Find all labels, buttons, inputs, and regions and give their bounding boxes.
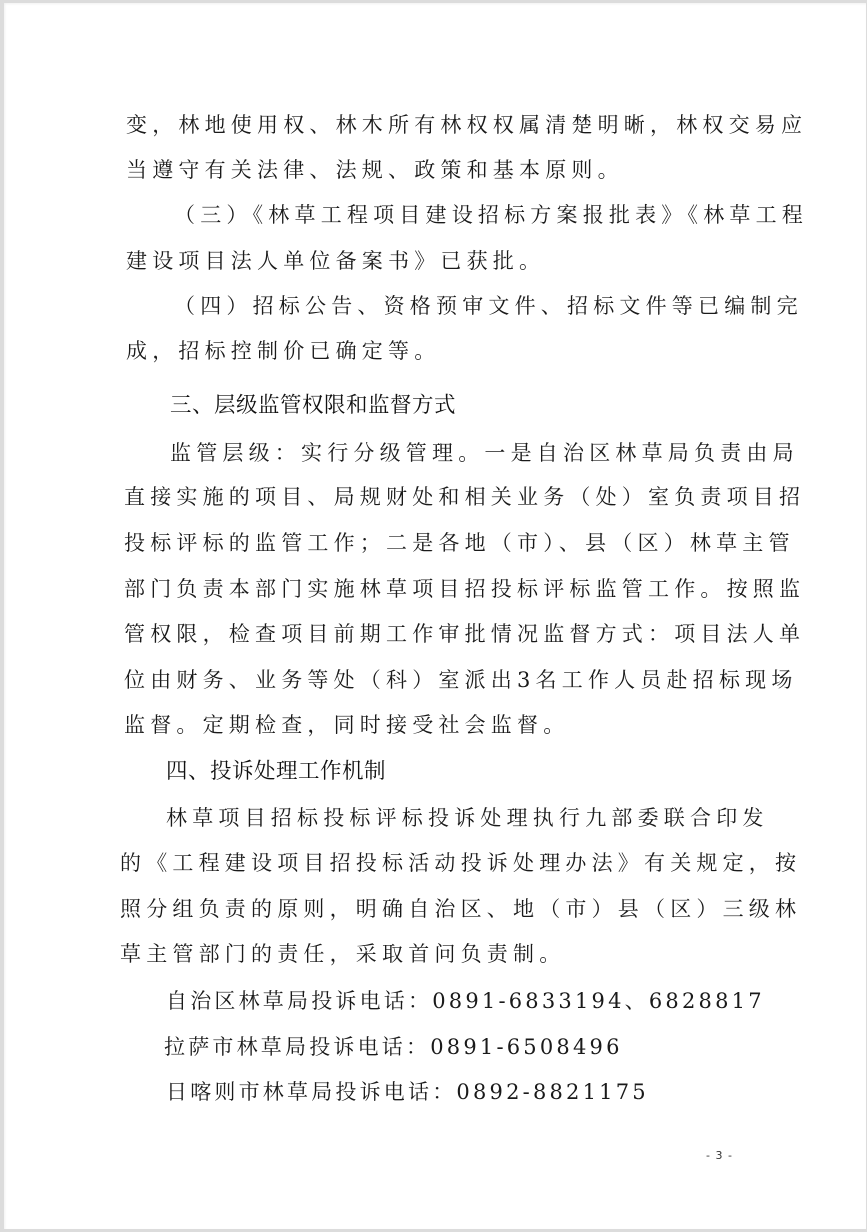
paragraph-line: 直接实施的项目、局规财处和相关业务（处）室负责项目招: [124, 483, 805, 511]
paragraph-line: 监督。定期检查，同时接受社会监督。: [124, 711, 569, 739]
paragraph-line: （四）招标公告、资格预审文件、招标文件等已编制完: [174, 292, 803, 320]
paragraph-line: 投标评标的监管工作；二是各地（市）、县（区）林草主管: [124, 529, 795, 557]
paragraph-line: 当遵守有关法律、法规、政策和基本原则。: [126, 156, 624, 184]
page-number: - 3 -: [706, 1149, 733, 1162]
section-heading: 四、投诉处理工作机制: [166, 758, 386, 786]
paragraph-line: （三）《林草工程项目建设招标方案报批表》《林草工程: [174, 201, 808, 229]
paragraph-line: 照分组负责的原则，明确自治区、地（市）县（区）三级林: [120, 895, 801, 923]
section-heading: 三、层级监管权限和监督方式: [170, 392, 456, 420]
paragraph-line: 部门负责本部门实施林草项目招投标评标监管工作。按照监: [124, 575, 805, 603]
complaint-hotline: 自治区林草局投诉电话：0891-6833194、6828817: [166, 987, 765, 1015]
paragraph-line: 成，招标控制价已确定等。: [126, 337, 440, 365]
paragraph-line: 变，林地使用权、林木所有林权权属清楚明晰，林权交易应: [126, 111, 807, 139]
paragraph-line: 草主管部门的责任，采取首问负责制。: [120, 940, 565, 968]
paragraph-line: 建设项目法人单位备案书》已获批。: [126, 247, 545, 275]
paragraph-line: 林草项目招标投标评标投诉处理执行九部委联合印发: [166, 804, 769, 832]
complaint-hotline: 拉萨市林草局投诉电话：0891-6508496: [164, 1033, 623, 1061]
complaint-hotline: 日喀则市林草局投诉电话：0892-8821175: [166, 1078, 649, 1106]
paragraph-line: 监管层级：实行分级管理。一是自治区林草局负责由局: [170, 439, 799, 467]
paragraph-line: 位由财务、业务等处（科）室派出3名工作人员赴招标现场: [124, 666, 798, 694]
paragraph-line: 的《工程建设项目招投标活动投诉处理办法》有关规定，按: [120, 849, 801, 877]
document-page: 变，林地使用权、林木所有林权权属清楚明晰，林权交易应 当遵守有关法律、法规、政策…: [4, 3, 866, 1229]
paragraph-line: 管权限，检查项目前期工作审批情况监督方式：项目法人单: [124, 620, 805, 648]
